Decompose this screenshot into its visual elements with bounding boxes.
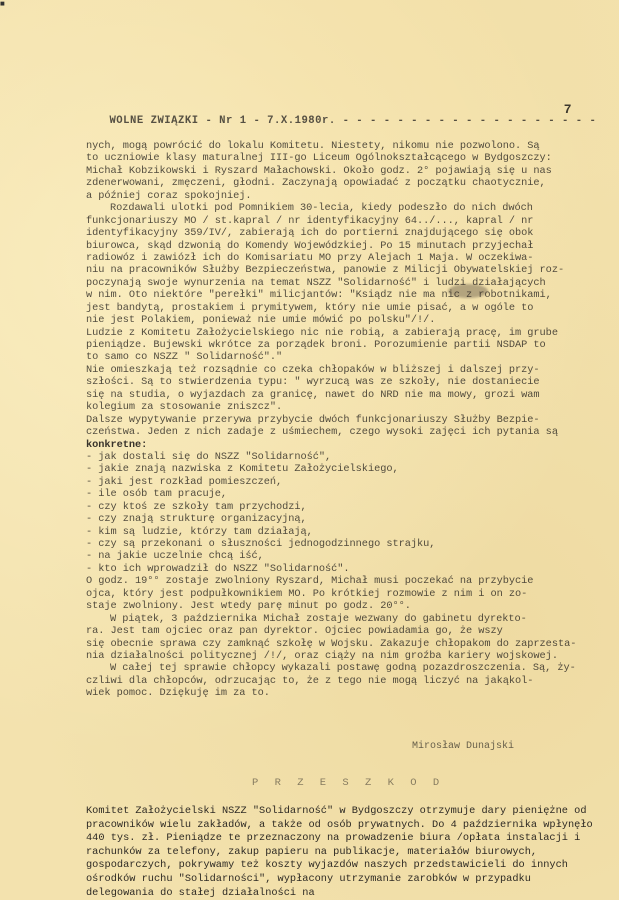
text-line: - jakie znają nazwiska z Komitetu Założy…: [86, 463, 586, 475]
text-line: W całej tej sprawie chłopcy wykazali pos…: [86, 662, 586, 674]
text-line: czliwi dla chłopców, odrzucając to, że z…: [86, 675, 586, 687]
text-line: nych, mogą powrócić do lokalu Komitetu. …: [86, 140, 586, 152]
text-line: - na jakie uczelnie chcą iść,: [86, 550, 586, 562]
text-line: się obecnie sprawa czy zamknąć szkołę w …: [86, 638, 586, 650]
text-line: Rozdawali ulotki pod Pomnikiem 30-lecia,…: [86, 202, 586, 214]
text-line: zdenerwowani, zmęczeni, głodni. Zaczynaj…: [86, 177, 586, 189]
text-line: W piątek, 3 października Michał zostaje …: [86, 613, 586, 625]
text-line: jest bandytą, prostakiem i prymitywem, k…: [86, 302, 586, 314]
corner-mark: ■: [0, 0, 5, 9]
text-line: nia działalności politycznej /!/, oraz c…: [86, 650, 586, 662]
text-line: ojca, który jest podpułkownikiem MO. Po …: [86, 588, 586, 600]
text-line: staje zwolniony. Jest wtedy parę minut p…: [86, 600, 586, 612]
text-line: w nim. Oto niektóre "perełki" milicjantó…: [86, 289, 586, 301]
text-line: poczynają swoje wynurzenia na temat NSZZ…: [86, 277, 586, 289]
text-line: szłości. Są to stwierdzenia typu: " wyrz…: [86, 376, 586, 388]
text-line: konkretne:: [86, 439, 586, 451]
text-line: - czy ktoś ze szkoły tam przychodzi,: [86, 501, 586, 513]
text-line: biurowca, skąd dzwonią do Komendy Wojewó…: [86, 240, 586, 252]
text-line: Michał Kobzikowski i Ryszard Małachowski…: [86, 165, 586, 177]
text-line: kolegium za stosowanie zniszcz".: [86, 401, 586, 413]
article-body: nych, mogą powrócić do lokalu Komitetu. …: [86, 140, 586, 700]
text-line: to samo co NSZZ " Solidarność".": [86, 351, 586, 363]
text-line: niu na pracowników Służby Bezpieczeństwa…: [86, 264, 586, 276]
text-line: - kim są ludzie, którzy tam działają,: [86, 526, 586, 538]
text-line: wiek pomoc. Dziękuję im za to.: [86, 687, 586, 699]
text-line: Ludzie z Komitetu Założycielskiego nic n…: [86, 327, 586, 339]
section-body: Komitet Założycielski NSZZ "Solidarność"…: [86, 805, 596, 900]
text-line: a później coraz spokojniej.: [86, 190, 586, 202]
text-line: - jak dostali się do NSZZ "Solidarność",: [86, 451, 586, 463]
text-line: - czy znają strukturę organizacyjną,: [86, 513, 586, 525]
text-line: nie jest Polakiem, ponieważ nie umie mów…: [86, 314, 586, 326]
text-line: - jaki jest rozkład pomieszczeń,: [86, 476, 586, 488]
text-line: Dalsze wypytywanie przerywa przybycie dw…: [86, 414, 586, 426]
page-number: 7: [564, 102, 572, 117]
text-line: to uczniowie klasy maturalnej III-go Lic…: [86, 152, 586, 164]
document-page: ■ WOLNE ZWIĄZKI - Nr 1 - 7.X.1980r. - - …: [0, 0, 619, 900]
text-line: radiowóz i zawiózł ich do Komisariatu MO…: [86, 252, 586, 264]
header-title: WOLNE ZWIĄZKI - Nr 1 - 7.X.1980r. - - - …: [109, 115, 596, 127]
section-title: P R Z E S Z K O D: [252, 777, 444, 789]
text-line: pieniądze. Bujewski wkrótce za porządek …: [86, 339, 586, 351]
text-line: - czy są przekonani o słuszności jednogo…: [86, 538, 586, 550]
text-line: funkcjonariuszy MO / st.kapral / nr iden…: [86, 215, 586, 227]
signature: Mirosław Dunajski: [412, 741, 514, 752]
ink-smudge: [448, 284, 488, 298]
text-line: identyfikacyjny 359/IV/, zabierają ich d…: [86, 227, 586, 239]
text-line: ra. Jest tam ojciec oraz pan dyrektor. O…: [86, 625, 586, 637]
text-line: się na studia, o wyjazdach za granicę, n…: [86, 389, 586, 401]
text-line: O godz. 19°° zostaje zwolniony Ryszard, …: [86, 575, 586, 587]
text-line: - ile osób tam pracuje,: [86, 488, 586, 500]
text-line: - kto ich wprowadził do NSZZ "Solidarnoś…: [86, 563, 586, 575]
text-line: czeństwa. Jeden z nich zadaje z uśmieche…: [86, 426, 586, 438]
text-line: Nie omieszkają też rozsądnie co czeka ch…: [86, 364, 586, 376]
